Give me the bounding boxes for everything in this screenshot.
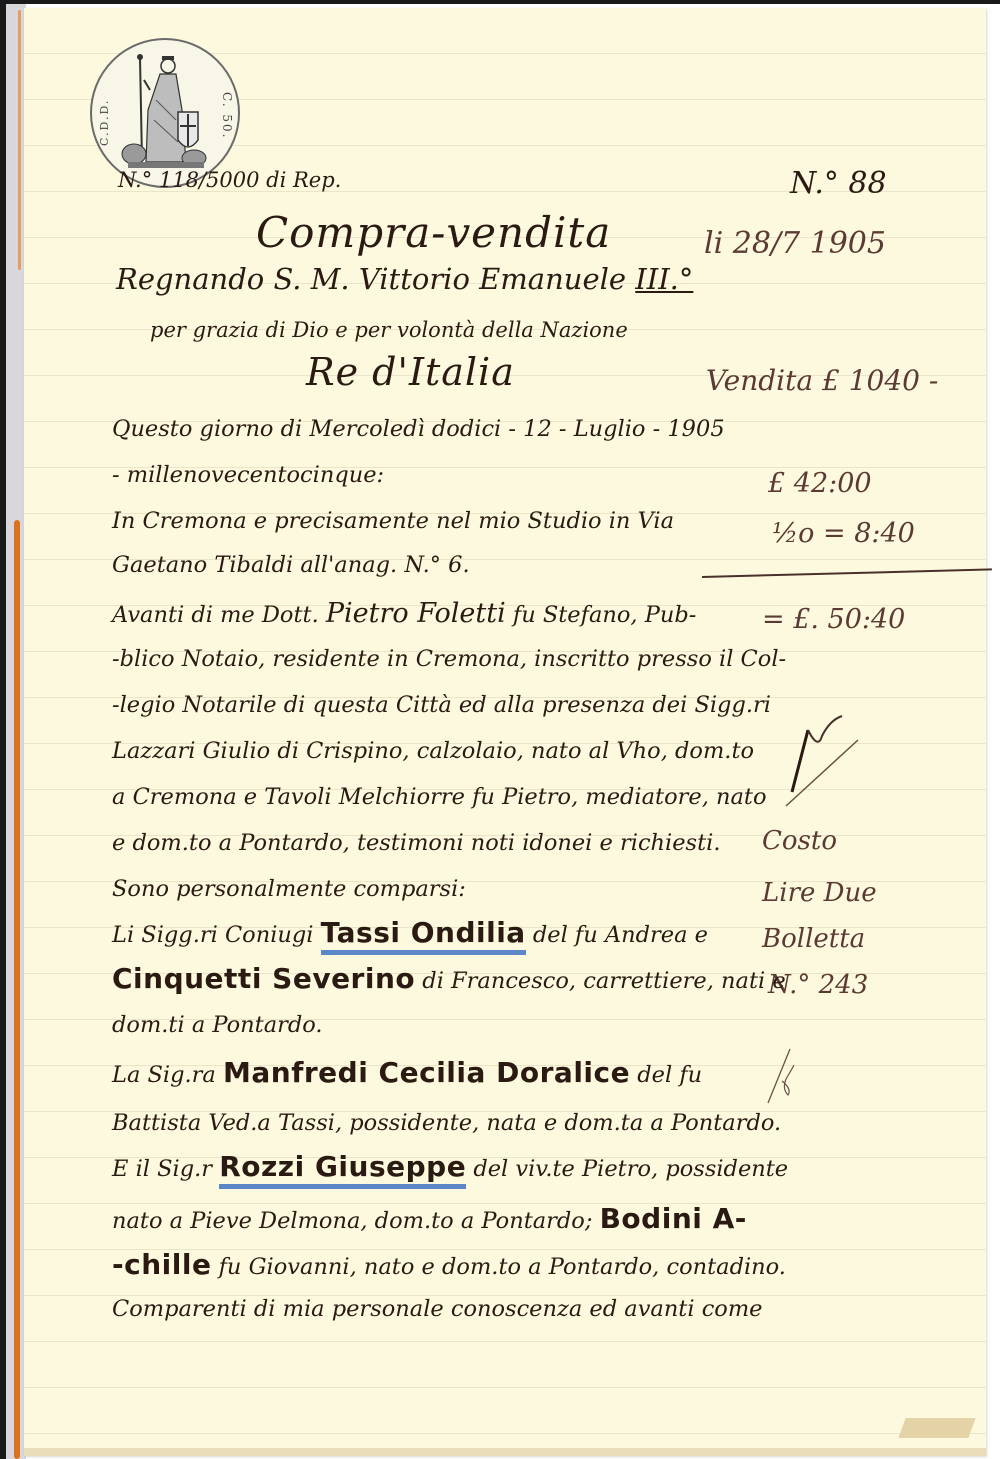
- body-line-18-pre: nato a Pieve Delmona, dom.to a Pontardo;: [112, 1208, 592, 1234]
- total-amount: = £. 50:40: [762, 604, 905, 635]
- body-line-15: La Sig.ra Manfredi Cecilia Doralice del …: [112, 1056, 702, 1089]
- scan-border-top: [0, 0, 1000, 4]
- body-line-11: Sono personalmente comparsi:: [112, 876, 466, 902]
- body-line-19: -chille fu Giovanni, nato e dom.to a Pon…: [112, 1248, 786, 1281]
- body-line-1: Questo giorno di Mercoledì dodici - 12 -…: [112, 416, 725, 442]
- body-line-13-post: di Francesco, carrettiere, nati e: [422, 968, 785, 994]
- reign-ordinal: III.°: [635, 262, 693, 296]
- grace-line: per grazia di Dio e per volontà della Na…: [150, 318, 628, 342]
- registration-date: li 28/7 1905: [704, 226, 886, 261]
- body-line-2: - millenovecentocinque:: [112, 462, 384, 488]
- party-name-achille: -chille: [112, 1248, 211, 1281]
- tax-line-1: £ 42:00: [768, 468, 872, 499]
- body-line-12-post: del fu Andrea e: [533, 922, 708, 948]
- body-line-4: Gaetano Tibaldi all'anag. N.° 6.: [112, 552, 470, 578]
- body-line-20: Comparenti di mia personale conoscenza e…: [112, 1296, 763, 1322]
- body-line-15-post: del fu: [637, 1062, 702, 1088]
- notary-name: Pietro Foletti: [326, 598, 506, 629]
- receipt-label: Bolletta: [762, 924, 865, 954]
- body-line-13: Cinquetti Severino di Francesco, carrett…: [112, 962, 786, 995]
- reign-text: Regnando S. M. Vittorio Emanuele: [116, 262, 626, 296]
- body-line-18: nato a Pieve Delmona, dom.to a Pontardo;…: [112, 1202, 747, 1235]
- party-name-tassi: Tassi Ondilia: [321, 916, 526, 955]
- checkmark-icon: [778, 710, 878, 810]
- party-name-rozzi: Rozzi Giuseppe: [219, 1150, 466, 1189]
- body-line-19-post: fu Giovanni, nato e dom.to a Pontardo, c…: [219, 1254, 786, 1280]
- sale-amount: Vendita £ 1040 -: [706, 364, 938, 397]
- body-line-17: E il Sig.r Rozzi Giuseppe del viv.te Pie…: [112, 1150, 788, 1183]
- body-line-17-pre: E il Sig.r: [112, 1156, 212, 1182]
- body-line-8: Lazzari Giulio di Crispino, calzolaio, n…: [112, 738, 754, 764]
- party-name-manfredi: Manfredi Cecilia Doralice: [223, 1056, 630, 1089]
- body-line-12: Li Sigg.ri Coniugi Tassi Ondilia del fu …: [112, 916, 708, 949]
- party-name-cinquetti: Cinquetti Severino: [112, 962, 415, 995]
- reign-line: Regnando S. M. Vittorio Emanuele III.°: [116, 262, 693, 296]
- revenue-seal: C.D.D. C. 50.: [90, 38, 240, 188]
- document-title: Compra-vendita: [256, 208, 611, 257]
- body-line-7: -legio Notarile di questa Città ed alla …: [112, 692, 771, 718]
- body-line-12-pre: Li Sigg.ri Coniugi: [112, 922, 314, 948]
- stamp-cost-value: Lire Due: [762, 878, 877, 908]
- body-line-6: -blico Notaio, residente in Cremona, ins…: [112, 646, 786, 672]
- body-line-5: Avanti di me Dott. Pietro Foletti fu Ste…: [112, 598, 696, 629]
- torn-corner: [898, 1418, 975, 1438]
- act-number: N.° 88: [790, 166, 887, 201]
- tax-line-2: ½o = 8:40: [772, 518, 915, 549]
- body-line-9: a Cremona e Tavoli Melchiorre fu Pietro,…: [112, 784, 767, 810]
- body-line-5-pre: Avanti di me Dott.: [112, 602, 319, 628]
- repertory-number: N.° 118/5000 di Rep.: [118, 168, 341, 192]
- stamp-cost-label: Costo: [762, 826, 837, 856]
- body-line-14: dom.ti a Pontardo.: [112, 1012, 323, 1038]
- body-line-3: In Cremona e precisamente nel mio Studio…: [112, 508, 674, 534]
- body-line-16: Battista Ved.a Tassi, possidente, nata e…: [112, 1110, 781, 1136]
- party-name-bodini: Bodini A-: [600, 1202, 747, 1235]
- italia-turrita-figure-icon: [120, 50, 210, 178]
- initial-signature-mark: [762, 1045, 802, 1105]
- seal-right-text: C. 50.: [212, 86, 234, 146]
- body-line-5-post: fu Stefano, Pub-: [513, 602, 696, 628]
- binding-strip: [14, 520, 20, 1459]
- king-title: Re d'Italia: [306, 350, 515, 394]
- body-line-17-post: del viv.te Pietro, possidente: [473, 1156, 788, 1182]
- body-line-10: e dom.to a Pontardo, testimoni noti idon…: [112, 830, 721, 856]
- binding-strip-top: [18, 10, 21, 270]
- body-line-15-pre: La Sig.ra: [112, 1062, 216, 1088]
